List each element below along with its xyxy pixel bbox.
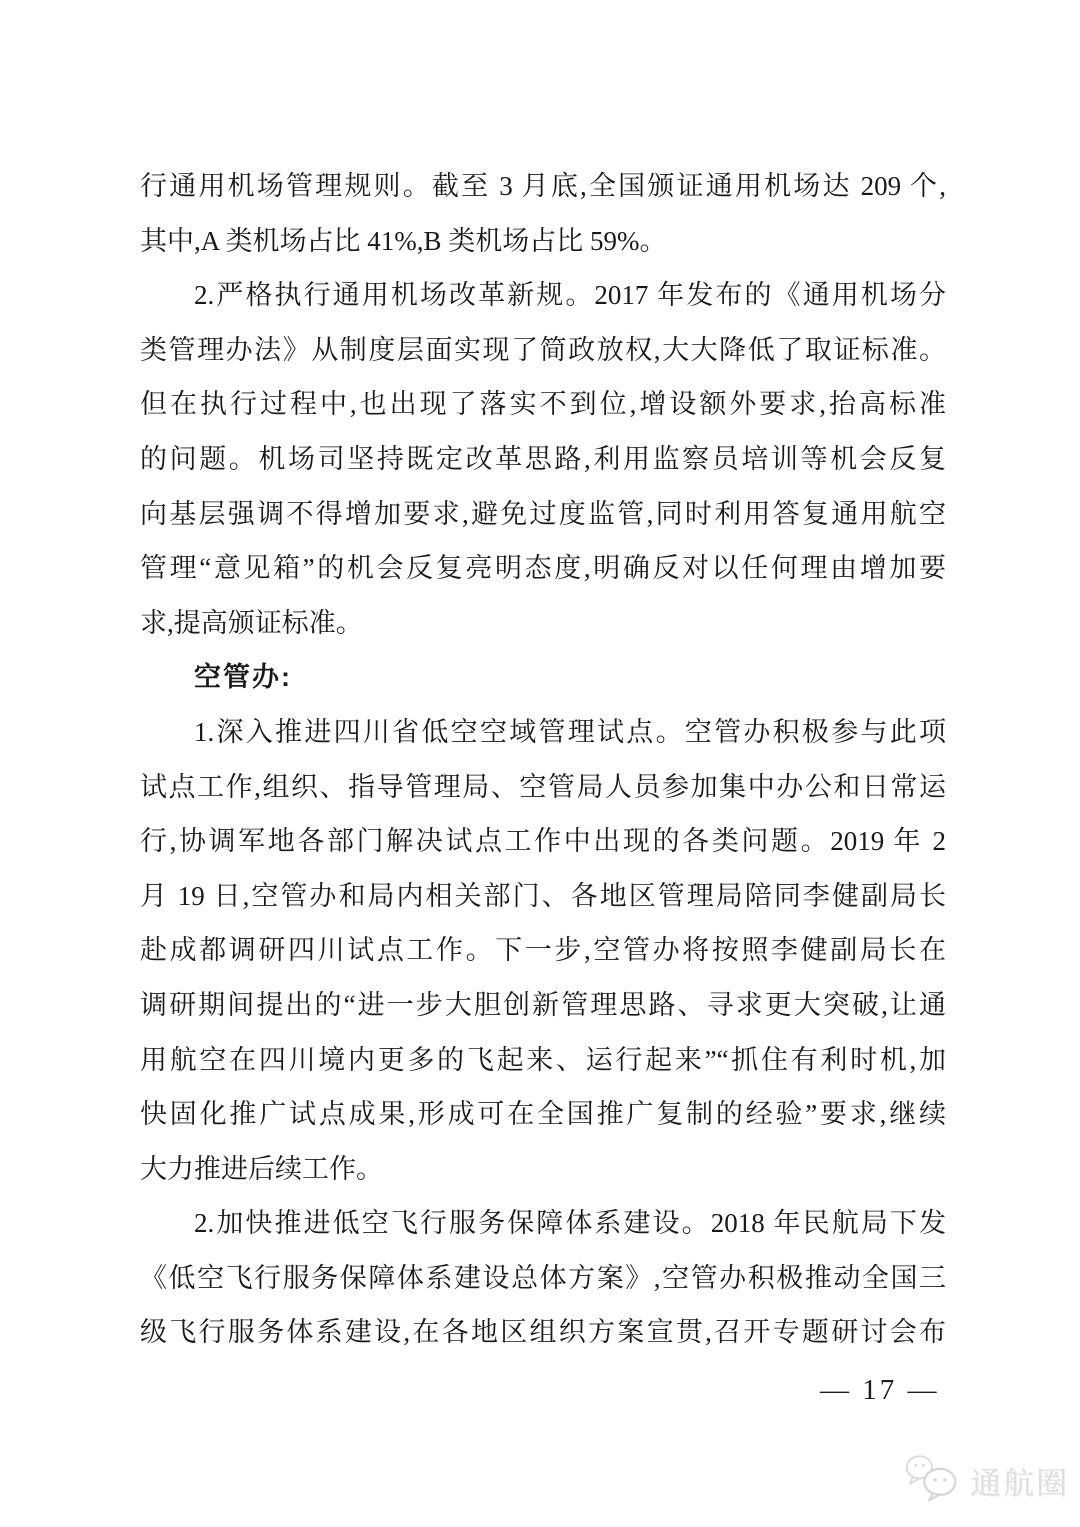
document-body: 行通用机场管理规则。截至 3 月底,全国颁证通用机场达 209 个,其中,A 类…	[140, 159, 946, 1360]
text-line: 2.严格执行通用机场改革新规。2017 年发布的《通用机场分	[140, 268, 946, 323]
wechat-bubbles-icon	[903, 1452, 965, 1509]
text-line: 赴成都调研四川试点工作。下一步,空管办将按照李健副局长在	[140, 923, 946, 978]
watermark-text: 通航圈	[970, 1458, 1069, 1503]
text-line: 《低空飞行服务保障体系建设总体方案》,空管办积极推动全国三	[140, 1251, 946, 1306]
text-line: 管理“意见箱”的机会反复亮明态度,明确反对以任何理由增加要	[140, 541, 946, 596]
text-line: 类管理办法》从制度层面实现了简政放权,大大降低了取证标准。	[140, 323, 946, 378]
watermark: 通航圈	[903, 1452, 1069, 1509]
text-line: 级飞行服务体系建设,在各地区组织方案宣贯,召开专题研讨会布	[140, 1305, 946, 1360]
text-line: 的问题。机场司坚持既定改革思路,利用监察员培训等机会反复	[140, 432, 946, 487]
text-line: 2.加快推进低空飞行服务保障体系建设。2018 年民航局下发	[140, 1196, 946, 1251]
text-line: 其中,A 类机场占比 41%,B 类机场占比 59%。	[140, 214, 946, 269]
text-line: 向基层强调不得增加要求,避免过度监管,同时利用答复通用航空	[140, 487, 946, 542]
text-line: 但在执行过程中,也出现了落实不到位,增设额外要求,抬高标准	[140, 377, 946, 432]
text-line: 行,协调军地各部门解决试点工作中出现的各类问题。2019 年 2	[140, 814, 946, 869]
section-heading: 空管办:	[140, 650, 946, 705]
text-line: 行通用机场管理规则。截至 3 月底,全国颁证通用机场达 209 个,	[140, 159, 946, 214]
text-line: 大力推进后续工作。	[140, 1142, 946, 1197]
page-number: — 17 —	[820, 1372, 940, 1408]
text-line: 月 19 日,空管办和局内相关部门、各地区管理局陪同李健副局长	[140, 869, 946, 924]
document-page: 行通用机场管理规则。截至 3 月底,全国颁证通用机场达 209 个,其中,A 类…	[0, 0, 1080, 1527]
text-line: 快固化推广试点成果,形成可在全国推广复制的经验”要求,继续	[140, 1087, 946, 1142]
text-line: 用航空在四川境内更多的飞起来、运行起来”“抓住有利时机,加	[140, 1033, 946, 1088]
text-line: 求,提高颁证标准。	[140, 596, 946, 651]
text-line: 试点工作,组织、指导管理局、空管局人员参加集中办公和日常运	[140, 760, 946, 815]
text-line: 1.深入推进四川省低空空域管理试点。空管办积极参与此项	[140, 705, 946, 760]
text-line: 调研期间提出的“进一步大胆创新管理思路、寻求更大突破,让通	[140, 978, 946, 1033]
